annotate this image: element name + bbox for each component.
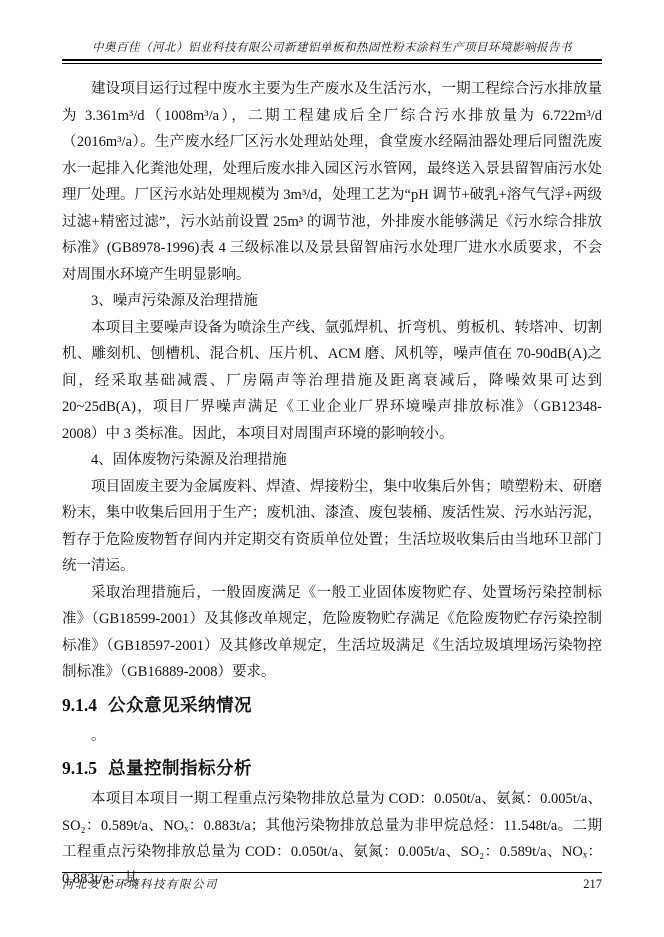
- document-body: 建设项目运行过程中废水主要为生产废水及生活污水，一期工程综合污水排放量为 3.3…: [62, 76, 602, 892]
- report-page: 中奥百佳（河北）铝业科技有限公司新建铝单板和热固性粉末涂料生产项目环境影响报告书…: [0, 0, 664, 937]
- page-footer: 河北安亿环境科技有限公司 217: [62, 872, 602, 892]
- paragraph-waste-standards: 采取治理措施后，一般固废满足《一般工业固体废物贮存、处置场污染控制标准》（GB1…: [62, 580, 602, 686]
- paragraph-wastewater: 建设项目运行过程中废水主要为生产废水及生活污水，一期工程综合污水排放量为 3.3…: [62, 76, 602, 288]
- footer-row: 河北安亿环境科技有限公司 217: [62, 876, 602, 892]
- paragraph-stray-period: 。: [62, 723, 602, 750]
- header-rule-thin: [62, 63, 602, 64]
- section-title: 总量控制指标分析: [108, 758, 252, 778]
- section-title: 公众意见采纳情况: [108, 695, 252, 715]
- footer-company-name: 河北安亿环境科技有限公司: [62, 876, 218, 892]
- report-header-title: 中奥百佳（河北）铝业科技有限公司新建铝单板和热固性粉末涂料生产项目环境影响报告书: [62, 39, 602, 55]
- section-number: 9.1.5: [62, 758, 97, 778]
- subheading-solid-waste: 4、固体废物污染源及治理措施: [62, 447, 602, 474]
- paragraph-solid-waste: 项目固废主要为金属废料、焊渣、焊接粉尘，集中收集后外售；喷塑粉末、研磨粉末，集中…: [62, 474, 602, 580]
- footer-page-number: 217: [583, 877, 602, 892]
- subheading-noise-sources: 3、噪声污染源及治理措施: [62, 288, 602, 315]
- page-header: 中奥百佳（河北）铝业科技有限公司新建铝单板和热固性粉末涂料生产项目环境影响报告书: [62, 39, 602, 64]
- paragraph-noise: 本项目主要噪声设备为喷涂生产线、氩弧焊机、折弯机、剪板机、转塔冲、切割机、雕刻机…: [62, 315, 602, 448]
- section-heading-9-1-5: 9.1.5总量控制指标分析: [62, 755, 602, 781]
- section-heading-9-1-4: 9.1.4公众意见采纳情况: [62, 692, 602, 718]
- footer-rule: [62, 872, 602, 873]
- section-number: 9.1.4: [62, 695, 97, 715]
- header-rule-thick: [62, 59, 602, 61]
